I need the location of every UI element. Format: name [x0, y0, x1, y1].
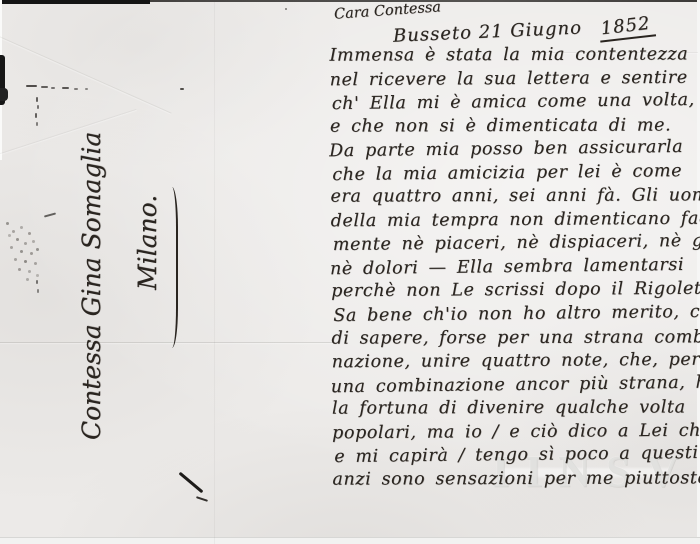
letter-line: che la mia amicizia per lei è come [332, 160, 698, 188]
ink-speck [285, 8, 287, 10]
letter-line: era quattro anni, sei anni fà. Gli uomin… [330, 185, 696, 210]
pen-stroke-mark [196, 496, 208, 502]
ink-speck [35, 113, 37, 118]
letter-line: Immensa è stata la mia contentezza [329, 43, 695, 68]
address-city: Milano. [120, 195, 176, 290]
ink-speck [36, 122, 38, 126]
letter-line: e mi capirà / tengo sì poco a questi suc… [334, 442, 700, 470]
ink-speck [37, 289, 39, 293]
letter-line: perchè non Le scrissi dopo il Rigoletto. [331, 278, 697, 304]
vertical-address: Contessa Gina Somaglia Milano. [64, 110, 176, 440]
ink-speck [26, 85, 37, 87]
ink-speck [41, 86, 48, 88]
dateline-place-date: Busseto 21 Giugno [393, 17, 583, 46]
fold-line [214, 0, 215, 544]
letter-line: anzi sono sensazioni per me piuttosto pe… [332, 467, 698, 492]
ink-speck [62, 87, 69, 89]
underline-flourish [166, 187, 178, 348]
letter-body: Immensa è stata la mia contentezza nel r… [329, 43, 698, 493]
ink-speck [36, 97, 38, 102]
address-city-label: Milano. [133, 195, 162, 290]
ink-smudge [6, 222, 9, 225]
letter-line: e che non si è dimenticata di me. [330, 114, 696, 139]
letter-line: nazione, unire quattro note, che, per [332, 349, 698, 375]
ink-speck [85, 88, 88, 90]
dateline-year: 1852 [598, 12, 656, 42]
ink-speck [44, 212, 56, 217]
letter-line: ch' Ella mi è amica come una volta, [332, 89, 698, 117]
letter-line: Sa bene ch'io non ho altro merito, che [333, 301, 699, 329]
letter-line: la fortuna di divenire qualche volta [332, 397, 698, 422]
pen-stroke-mark [179, 472, 204, 494]
letter-line: nè dolori — Ella sembra lamentarsi [330, 254, 696, 282]
ink-speck [36, 280, 38, 284]
scan-bottom-edge [0, 537, 700, 544]
ink-speck [37, 105, 39, 109]
ink-speck [74, 88, 78, 90]
scan-left-tear-mark [0, 88, 8, 101]
letter-line: di sapere, forse per una strana combi- [331, 326, 697, 351]
address-recipient: Contessa Gina Somaglia [64, 110, 120, 440]
ink-speck [180, 88, 184, 90]
letter-line: nel ricevere la sua lettera e sentire [330, 66, 696, 92]
crease-line [0, 31, 172, 113]
letter-greeting: Cara Contessa [334, 0, 442, 23]
letter-line: una combinazione ancor più strana, hanno [331, 371, 697, 399]
ink-speck [51, 87, 55, 89]
scanned-letter-page: IINSV Cara Contessa Busseto 21 Giugno 18… [0, 0, 700, 544]
scan-top-edge-dark [0, 0, 150, 4]
